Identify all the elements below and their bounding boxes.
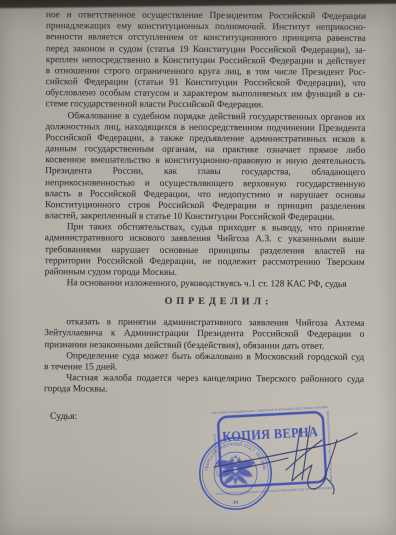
judge-signature — [214, 426, 357, 494]
copy-verna-stamp: КОПИЯ ВЕРНА РОССИЙСКАЯ ФЕДЕРАЦИЯ • ТВЕРС… — [211, 405, 333, 496]
document-paragraph: ное и ответственное осуществление Презид… — [45, 10, 366, 112]
document-paragraph: При таких обстоятельствах, судья приходи… — [45, 222, 365, 280]
stamp-microtext-bottom: РОССИЙСКАЯ ФЕДЕРАЦИЯ • ТВЕРСКОЙ РАЙОННЫЙ… — [216, 486, 332, 496]
seal-number: 14 — [233, 500, 239, 506]
paper-page: ное и ответственное осуществление Презид… — [0, 0, 396, 535]
determined-heading: ОПРЕДЕЛИЛ: — [58, 296, 378, 310]
seal-ring-text: ТВЕРСКОЙ РАЙОННЫЙ СУД Г. МОСКВЫ — [204, 441, 268, 471]
text-line: города Москвы. — [44, 384, 364, 397]
text-line: На основании изложенного, руководствуясь… — [45, 278, 365, 291]
document-paragraph: отказать в принятии административного за… — [44, 317, 364, 352]
double-headed-eagle-icon — [217, 456, 255, 486]
copy-verna-text: КОПИЯ ВЕРНА — [222, 424, 319, 444]
stamp-microtext-right: ТВЕРСКОЙ РАЙОННЫЙ СУД ГОРОДА МОСКВЫ — [326, 410, 334, 481]
document-paragraph: Определение суда может быть обжаловано в… — [44, 351, 364, 375]
stamp-microtext-left: РОССИЙСКАЯ ФЕДЕРАЦИЯ — [213, 434, 219, 476]
stamp-microtext-top: РОССИЙСКАЯ ФЕДЕРАЦИЯ • ТВЕРСКОЙ РАЙОННЫЙ… — [212, 405, 328, 415]
document-photo: ное и ответственное осуществление Презид… — [0, 0, 396, 535]
document-paragraph: Частная жалоба подается через канцелярию… — [44, 373, 364, 397]
document-paragraph: Обжалование в судебном порядке действий … — [45, 111, 366, 224]
court-seal: ТВЕРСКОЙ РАЙОННЫЙ СУД Г. МОСКВЫ 14 — [200, 438, 271, 509]
document-text: ное и ответственное осуществление Презид… — [44, 10, 366, 397]
document-paragraph: На основании изложенного, руководствуясь… — [45, 278, 365, 291]
judge-label: Судья: — [50, 411, 77, 422]
